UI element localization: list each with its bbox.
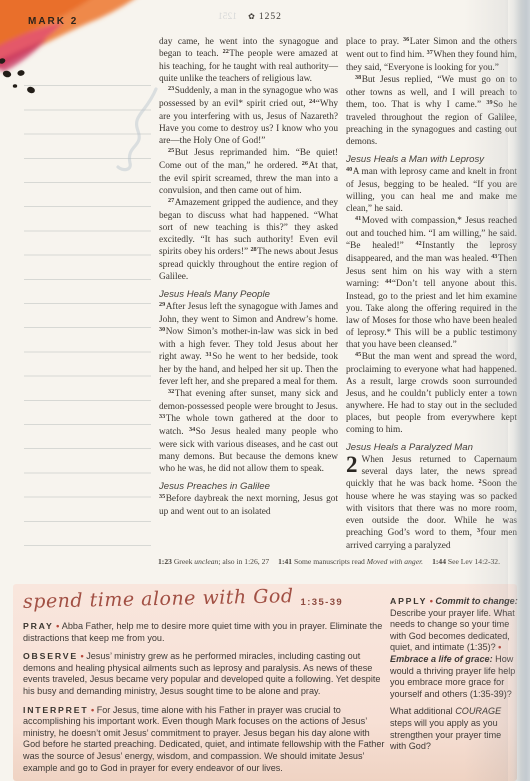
ornament-icon: ✿ (248, 12, 256, 21)
devotional-label: INTERPRET (23, 705, 88, 715)
page-number: ✿1252 (0, 12, 530, 22)
emphasis-text: Commit to change: (435, 596, 517, 606)
footnote: 1:41 Some manuscripts read Moved with an… (278, 557, 423, 566)
verse-number: 44 (385, 278, 391, 285)
italic-text: unclean (194, 557, 218, 566)
devotional-header: spend time alone with God1:35-39 (23, 588, 343, 610)
verse-number: 36 (403, 36, 409, 43)
bullet-separator: • (496, 642, 502, 652)
bullet-separator: • (78, 651, 86, 661)
emphasis-text: Embrace a life of grace: (390, 654, 493, 664)
verse-number: 28 (250, 246, 256, 253)
verse-number: 42 (415, 240, 421, 247)
verse-paragraph: 25But Jesus reprimanded him. “Be quiet! … (159, 147, 338, 197)
devotional-sections: PRAY • Abba Father, help me to desire mo… (23, 621, 385, 781)
verse-number: 3 (477, 527, 480, 534)
verse-paragraph: 32That evening after sunset, many sick a… (159, 388, 338, 475)
verse-number: 32 (168, 388, 174, 395)
section-heading: Jesus Preaches in Galilee (159, 481, 338, 492)
devotional-label: PRAY (23, 621, 54, 631)
footnotes: 1:23 Greek unclean; also in 1:26, 271:41… (158, 557, 520, 567)
verse-paragraph: 45But the man went and spread the word, … (346, 351, 517, 436)
verse-paragraph: day came, he went into the synagogue and… (159, 36, 338, 85)
verse-number: 35 (159, 493, 165, 500)
verse-number: 23 (168, 85, 174, 92)
italic-text: COURAGE (455, 706, 501, 716)
chapter-number: 2 (346, 454, 362, 475)
verse-number: 31 (206, 351, 212, 358)
footnote-reference: 1:44 (432, 557, 448, 566)
devotional-apply: APPLY • Commit to change: Describe your … (390, 596, 519, 759)
verse-number: 33 (159, 413, 165, 420)
footnote-reference: 1:23 (158, 557, 174, 566)
devotional-section-interpret: INTERPRET • For Jesus, time alone with h… (23, 705, 385, 775)
running-header: MARK 2 (28, 16, 78, 27)
verse-number: 30 (159, 326, 165, 333)
footnote: 1:44 See Lev 14:2-32. (432, 557, 500, 566)
right-column: place to pray. 36Later Simon and the oth… (346, 36, 517, 552)
page-number-text: 1252 (259, 12, 282, 22)
verse-number: 27 (168, 197, 174, 204)
verse-paragraph: 27Amazement gripped the audience, and th… (159, 197, 338, 283)
devotional-title: spend time alone with God (23, 585, 294, 613)
verse-number: 40 (346, 166, 352, 173)
footnote-reference: 1:41 (278, 557, 294, 566)
verse-paragraph: 23Suddenly, a man in the synagogue who w… (159, 85, 338, 147)
verse-number: 37 (427, 49, 433, 56)
devotional-section-observe: OBSERVE • Jesus’ ministry grew as he per… (23, 651, 385, 697)
devotional-paragraph: What additional COURAGE steps will you a… (390, 706, 519, 752)
verse-paragraph: place to pray. 36Later Simon and the oth… (346, 36, 517, 74)
verse-number: 22 (223, 48, 229, 55)
devotional-section-apply: APPLY • Commit to change: Describe your … (390, 596, 519, 700)
devotional-label: APPLY (390, 596, 427, 606)
verse-number: 34 (189, 426, 195, 433)
verse-paragraph: 40A man with leprosy came and knelt in f… (346, 166, 517, 215)
section-heading: Jesus Heals a Paralyzed Man (346, 442, 517, 453)
verse-number: 29 (159, 301, 165, 308)
verse-number: 39 (486, 99, 492, 106)
verse-paragraph: 35Before daybreak the next morning, Jesu… (159, 493, 338, 518)
devotional-reference: 1:35-39 (301, 597, 344, 608)
verse-paragraph: 29After Jesus left the synagogue with Ja… (159, 301, 338, 388)
section-heading: Jesus Heals a Man with Leprosy (346, 154, 517, 165)
left-column: day came, he went into the synagogue and… (159, 36, 338, 518)
verse-number: 25 (168, 147, 174, 154)
devotional-label: OBSERVE (23, 651, 78, 661)
verse-number: 45 (355, 351, 361, 358)
verse-number: 43 (491, 253, 497, 260)
verse-number: 2 (478, 478, 481, 485)
devotional-section-pray: PRAY • Abba Father, help me to desire mo… (23, 621, 385, 644)
verse-number: 26 (302, 160, 308, 167)
verse-number: 41 (355, 215, 361, 222)
footnote: 1:23 Greek unclean; also in 1:26, 27 (158, 557, 269, 566)
bullet-separator: • (88, 705, 96, 715)
verse-paragraph: 41Moved with compassion,* Jesus reached … (346, 215, 517, 351)
verse-paragraph: 38But Jesus replied, “We must go on to o… (346, 74, 517, 148)
bullet-separator: • (54, 621, 62, 631)
italic-text: Moved with anger. (367, 557, 423, 566)
verse-number: 24 (309, 98, 315, 105)
section-heading: Jesus Heals Many People (159, 289, 338, 300)
verse-number: 38 (355, 74, 361, 81)
devotional-panel: spend time alone with God1:35-39 PRAY • … (13, 584, 517, 781)
chapter-paragraph: 2When Jesus returned to Capernaum severa… (346, 454, 517, 552)
